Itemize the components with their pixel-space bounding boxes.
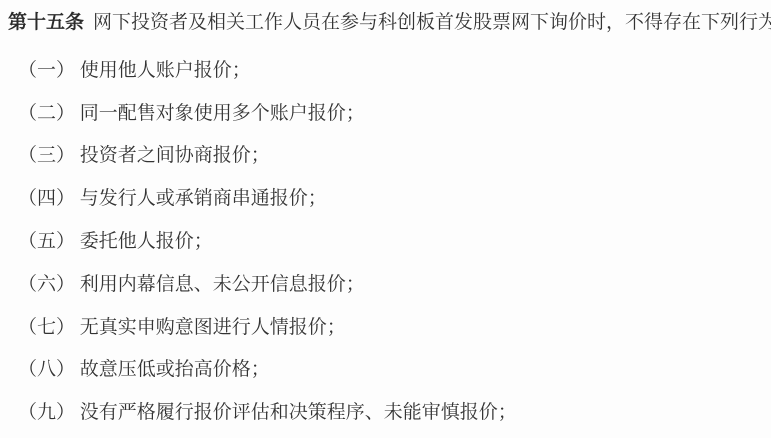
prohibited-behaviors-list: （一） 使用他人账户报价； （二） 同一配售对象使用多个账户报价； （三） 投资… [8,60,771,425]
list-item: （六） 利用内幕信息、未公开信息报价； [18,274,771,297]
list-item: （七） 无真实申购意图进行人情报价； [18,317,771,340]
article-heading: 第十五条网下投资者及相关工作人员在参与科创板首发股票网下询价时，不得存在下列行为… [8,12,771,35]
list-item: （一） 使用他人账户报价； [18,60,771,83]
list-item: （八） 故意压低或抬高价格； [18,359,771,382]
list-item: （二） 同一配售对象使用多个账户报价； [18,103,771,126]
article-heading-text: 网下投资者及相关工作人员在参与科创板首发股票网下询价时，不得存在下列行为： [93,12,771,33]
list-item: （三） 投资者之间协商报价； [18,145,771,168]
list-item: （九） 没有严格履行报价评估和决策程序、未能审慎报价； [18,402,771,425]
article-number: 第十五条 [8,12,84,33]
article-document: 第十五条网下投资者及相关工作人员在参与科创板首发股票网下询价时，不得存在下列行为… [0,0,771,425]
list-item: （四） 与发行人或承销商串通报价； [18,188,771,211]
list-item: （五） 委托他人报价； [18,231,771,254]
